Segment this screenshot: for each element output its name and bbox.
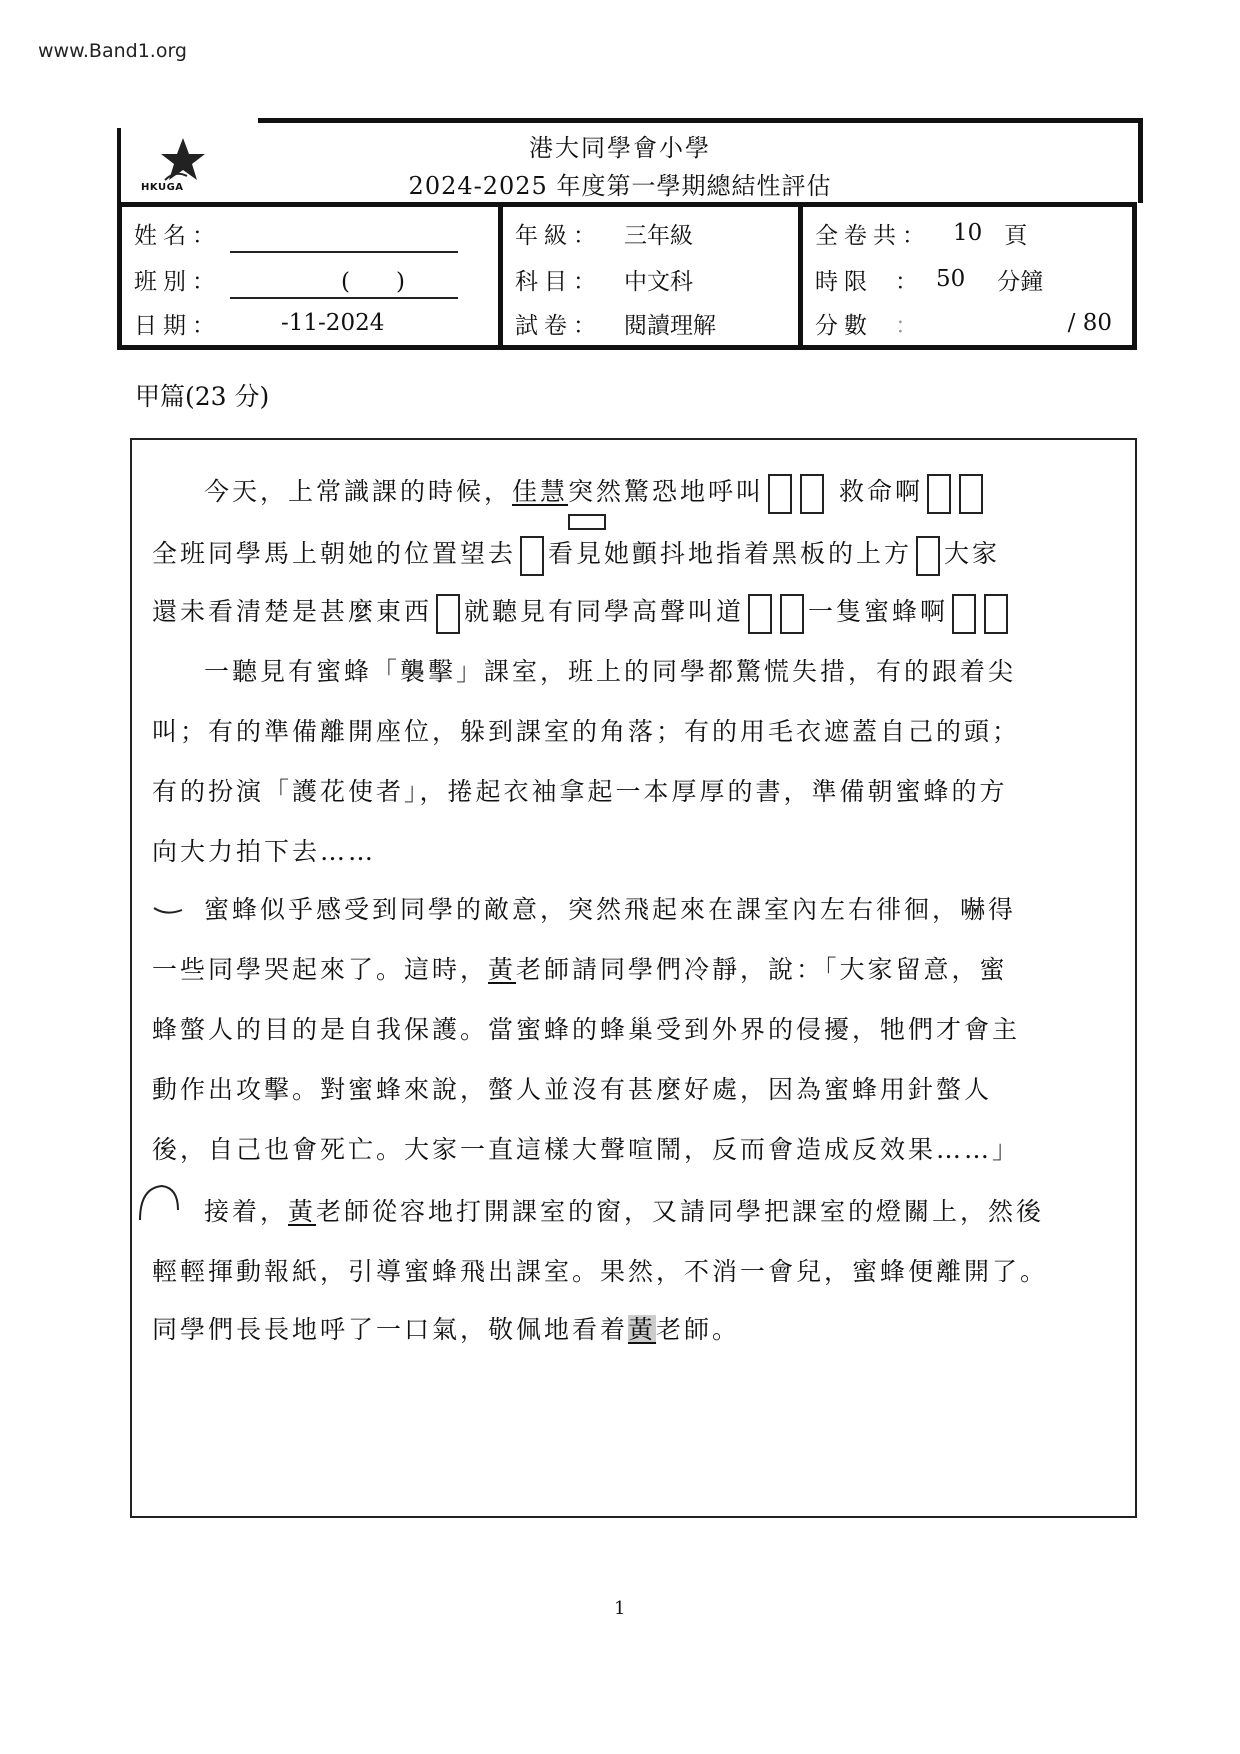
passage-line: 同學們長長地呼了一口氣，敬佩地看着黃老師。 [152,1310,1121,1350]
passage-line: 接着，黃老師從容地打開課室的窗，又請同學把課室的燈關上，然後 [152,1192,1121,1232]
grade-row: 年級： 三年級 [515,211,790,255]
punctuation-blank[interactable] [436,594,460,634]
class-label: 班別： [134,263,221,296]
passage-line: 今天，上常識課的時候，佳慧突然驚恐地呼叫 救命啊 [152,472,1121,512]
text: 老師請同學們冷靜，說：「大家留意，蜜 [516,955,1008,984]
passage-line: 全班同學馬上朝她的位置望去看見她顫抖地指着黑板的上方大家 [152,534,1121,574]
class-field[interactable]: ( ) [341,263,405,296]
pages-label: 全卷共： [815,217,931,250]
watermark: www.Band1.org [38,40,187,62]
score-row: 分數 ： / 80 [815,301,1124,345]
date-row: 日期： -11-2024 [134,301,490,345]
punctuation-blank[interactable] [768,474,792,514]
passage-line: 後，自己也會死亡。大家一直這樣大聲喧鬧，反而會造成反效果……」 [152,1130,1121,1170]
score-label: 分數 [815,307,873,340]
subject-row: 科目： 中文科 [515,257,790,301]
punctuation-blank[interactable] [780,594,804,634]
passage-line: 叫；有的準備離開座位，躲到課室的角落；有的用毛衣遮蓋自己的頭； [152,712,1121,752]
punctuation-blank[interactable] [952,594,976,634]
passage-line: 蜜蜂似乎感受到同學的敵意，突然飛起來在課室內左右徘徊，嚇得 [152,890,1121,930]
punctuation-blank[interactable] [927,474,951,514]
text: 接着， [204,1197,288,1226]
paper-value: 閱讀理解 [624,307,716,340]
pages-row: 全卷共： 10 頁 [815,211,1124,255]
school-name: 港大同學會小學 [0,128,1240,163]
name-underline [230,251,458,253]
class-row: 班別： ( ) [134,257,490,301]
time-colon: ： [895,263,918,296]
time-unit: 分鐘 [997,263,1043,296]
text: 一些同學哭起來了。這時， [152,955,488,984]
date-value: -11-2024 [281,310,384,336]
passage-line: 蜂螫人的目的是自我保護。當蜜蜂的蜂巢受到外界的侵擾，牠們才會主 [152,1010,1121,1050]
name-huang: 黃 [488,955,516,984]
score-total: / 80 [1068,310,1112,336]
proper-noun-box-mark [568,514,606,530]
text: 突然驚恐地呼叫 [568,477,764,506]
text: 救命啊 [839,477,923,506]
punctuation-blank[interactable] [748,594,772,634]
subject-value: 中文科 [624,263,693,296]
info-table: 姓名： 班別： ( ) 日期： -11-2024 年級： 三年級 科目： 中文科… [117,202,1137,350]
text: 還未看清楚是甚麼東西 [152,597,432,626]
text: 就聽見有同學高聲叫道 [464,597,744,626]
text: 今天，上常識課的時候， [204,477,512,506]
time-value: 50 [936,266,965,292]
class-underline [230,297,458,299]
subject-info-column: 年級： 三年級 科目： 中文科 試卷： 閱讀理解 [503,207,803,345]
passage-box: 今天，上常識課的時候，佳慧突然驚恐地呼叫 救命啊 全班同學馬上朝她的位置望去看見… [130,438,1137,1518]
date-label: 日期： [134,307,221,340]
grade-value: 三年級 [624,217,693,250]
time-label: 時限 [815,263,873,296]
text: 老師從容地打開課室的窗，又請同學把課室的燈關上，然後 [316,1197,1044,1226]
grade-label: 年級： [515,217,602,250]
passage-line: 輕輕揮動報紙，引導蜜蜂飛出課室。果然，不消一會兒，蜜蜂便離開了。 [152,1252,1121,1292]
text: 同學們長長地呼了一口氣，敬佩地看着 [152,1315,628,1344]
pages-unit: 頁 [1004,217,1027,250]
text: 全班同學馬上朝她的位置望去 [152,539,516,568]
time-row: 時限 ： 50 分鐘 [815,257,1124,301]
student-info-column: 姓名： 班別： ( ) 日期： -11-2024 [122,207,503,345]
paper-label: 試卷： [515,307,602,340]
name-jiahui: 佳慧 [512,477,568,506]
passage-line: 還未看清楚是甚麼東西就聽見有同學高聲叫道一隻蜜蜂啊 [152,592,1121,632]
passage-line: 一聽見有蜜蜂「襲擊」課室，班上的同學都驚慌失措，有的跟着尖 [152,652,1121,692]
paper-row: 試卷： 閱讀理解 [515,301,790,345]
text: 一聽見有蜜蜂「襲擊」課室，班上的同學都驚慌失措，有的跟着尖 [204,657,1016,686]
punctuation-blank[interactable] [800,474,824,514]
subject-label: 科目： [515,263,602,296]
page-number: 1 [614,1598,625,1619]
passage-line: 動作出攻擊。對蜜蜂來說，螫人並沒有甚麼好處，因為蜜蜂用針螫人 [152,1070,1121,1110]
name-row: 姓名： [134,211,490,255]
passage-line: 有的扮演「護花使者」，捲起衣袖拿起一本厚厚的書，準備朝蜜蜂的方 [152,772,1121,812]
exam-meta-column: 全卷共： 10 頁 時限 ： 50 分鐘 分數 ： / 80 [803,207,1132,345]
pages-value: 10 [953,220,982,246]
punctuation-blank[interactable] [520,536,544,576]
exam-name: 2024-2025 年度第一學期總結性評估 [0,166,1240,201]
section-title: 甲篇(23 分) [135,377,269,413]
passage-line: 一些同學哭起來了。這時，黃老師請同學們冷靜，說：「大家留意，蜜 [152,950,1121,990]
punctuation-blank[interactable] [959,474,983,514]
text: 一隻蜜蜂啊 [808,597,948,626]
passage-line: 向大力拍下去…… [152,832,1121,872]
punctuation-blank[interactable] [916,536,940,576]
score-colon: ： [895,307,918,340]
text: 老師。 [656,1315,740,1344]
name-huang: 黃 [288,1197,316,1226]
text: 看見她顫抖地指着黑板的上方 [548,539,912,568]
name-label: 姓名： [134,217,221,250]
name-huang: 黃 [628,1315,656,1344]
text: 蜜蜂似乎感受到同學的敵意，突然飛起來在課室內左右徘徊，嚇得 [204,895,1016,924]
punctuation-blank[interactable] [984,594,1008,634]
text: 大家 [944,539,1000,568]
